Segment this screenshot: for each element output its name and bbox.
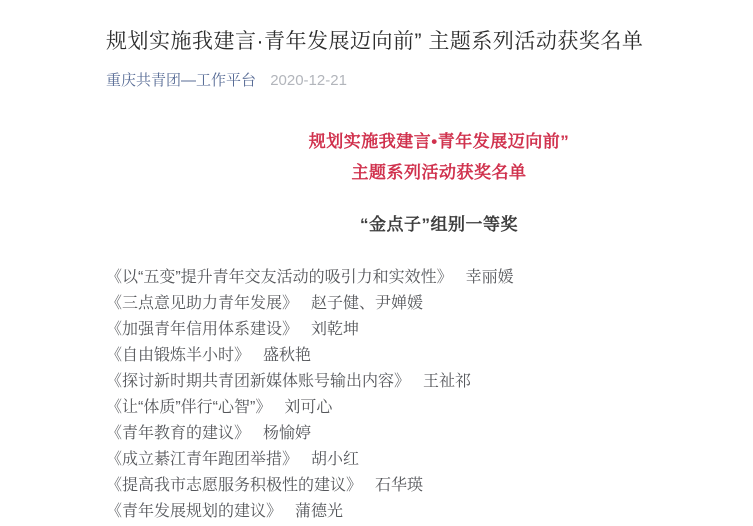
- winner-names: 刘可心: [284, 399, 332, 416]
- winner-list: 《以“五变”提升青年交友活动的吸引力和实效性》幸丽媛 《三点意见助力青年发展》赵…: [106, 265, 753, 525]
- publish-date: 2020-12-21: [270, 72, 347, 89]
- winner-names: 赵子健、尹婵媛: [311, 295, 423, 312]
- winner-item: 《成立綦江青年跑团举措》胡小红: [106, 447, 753, 473]
- winner-title: 《让“体质”伴行“心智”》: [106, 399, 271, 416]
- winner-item: 《自由锻炼半小时》盛秋艳: [106, 343, 753, 369]
- red-title-line2: 主题系列活动获奖名单: [106, 157, 753, 188]
- winner-title: 《以“五变”提升青年交友活动的吸引力和实效性》: [106, 269, 453, 286]
- red-title-block: 规划实施我建言•青年发展迈向前” 主题系列活动获奖名单: [106, 126, 753, 188]
- account-name-link[interactable]: 重庆共青团—工作平台: [106, 72, 256, 89]
- winner-names: 石华瑛: [375, 477, 423, 494]
- winner-names: 盛秋艳: [263, 347, 311, 364]
- winner-title: 《自由锻炼半小时》: [106, 347, 250, 364]
- winner-title: 《成立綦江青年跑团举措》: [106, 451, 298, 468]
- winner-item: 《三点意见助力青年发展》赵子健、尹婵媛: [106, 291, 753, 317]
- winner-title: 《青年教育的建议》: [106, 425, 250, 442]
- winner-item: 《青年教育的建议》杨愉婷: [106, 421, 753, 447]
- article: 规划实施我建言·青年发展迈向前” 主题系列活动获奖名单 重庆共青团—工作平台 2…: [0, 0, 753, 525]
- winner-title: 《加强青年信用体系建设》: [106, 321, 298, 338]
- winner-title: 《三点意见助力青年发展》: [106, 295, 298, 312]
- red-title-line1: 规划实施我建言•青年发展迈向前”: [106, 126, 753, 157]
- winner-names: 刘乾坤: [311, 321, 359, 338]
- article-meta: 重庆共青团—工作平台 2020-12-21: [106, 72, 753, 90]
- winner-title: 《提高我市志愿服务积极性的建议》: [106, 477, 362, 494]
- winner-names: 杨愉婷: [263, 425, 311, 442]
- winner-item: 《加强青年信用体系建设》刘乾坤: [106, 317, 753, 343]
- winner-names: 蒲德光: [295, 503, 343, 520]
- winner-item: 《探讨新时期共青团新媒体账号输出内容》王祉祁: [106, 369, 753, 395]
- winner-title: 《青年发展规划的建议》: [106, 503, 282, 520]
- winner-item: 《让“体质”伴行“心智”》刘可心: [106, 395, 753, 421]
- winner-names: 胡小红: [311, 451, 359, 468]
- winner-item: 《青年发展规划的建议》蒲德光: [106, 499, 753, 525]
- winner-names: 王祉祁: [423, 373, 471, 390]
- winner-item: 《以“五变”提升青年交友活动的吸引力和实效性》幸丽媛: [106, 265, 753, 291]
- section-heading: “金点子”组别一等奖: [106, 210, 753, 235]
- winner-names: 幸丽媛: [466, 269, 514, 286]
- article-title: 规划实施我建言·青年发展迈向前” 主题系列活动获奖名单: [106, 27, 753, 57]
- page: { "header": { "title": "规划实施我建言·青年发展迈向前”…: [0, 0, 753, 526]
- winner-title: 《探讨新时期共青团新媒体账号输出内容》: [106, 373, 410, 390]
- winner-item: 《提高我市志愿服务积极性的建议》石华瑛: [106, 473, 753, 499]
